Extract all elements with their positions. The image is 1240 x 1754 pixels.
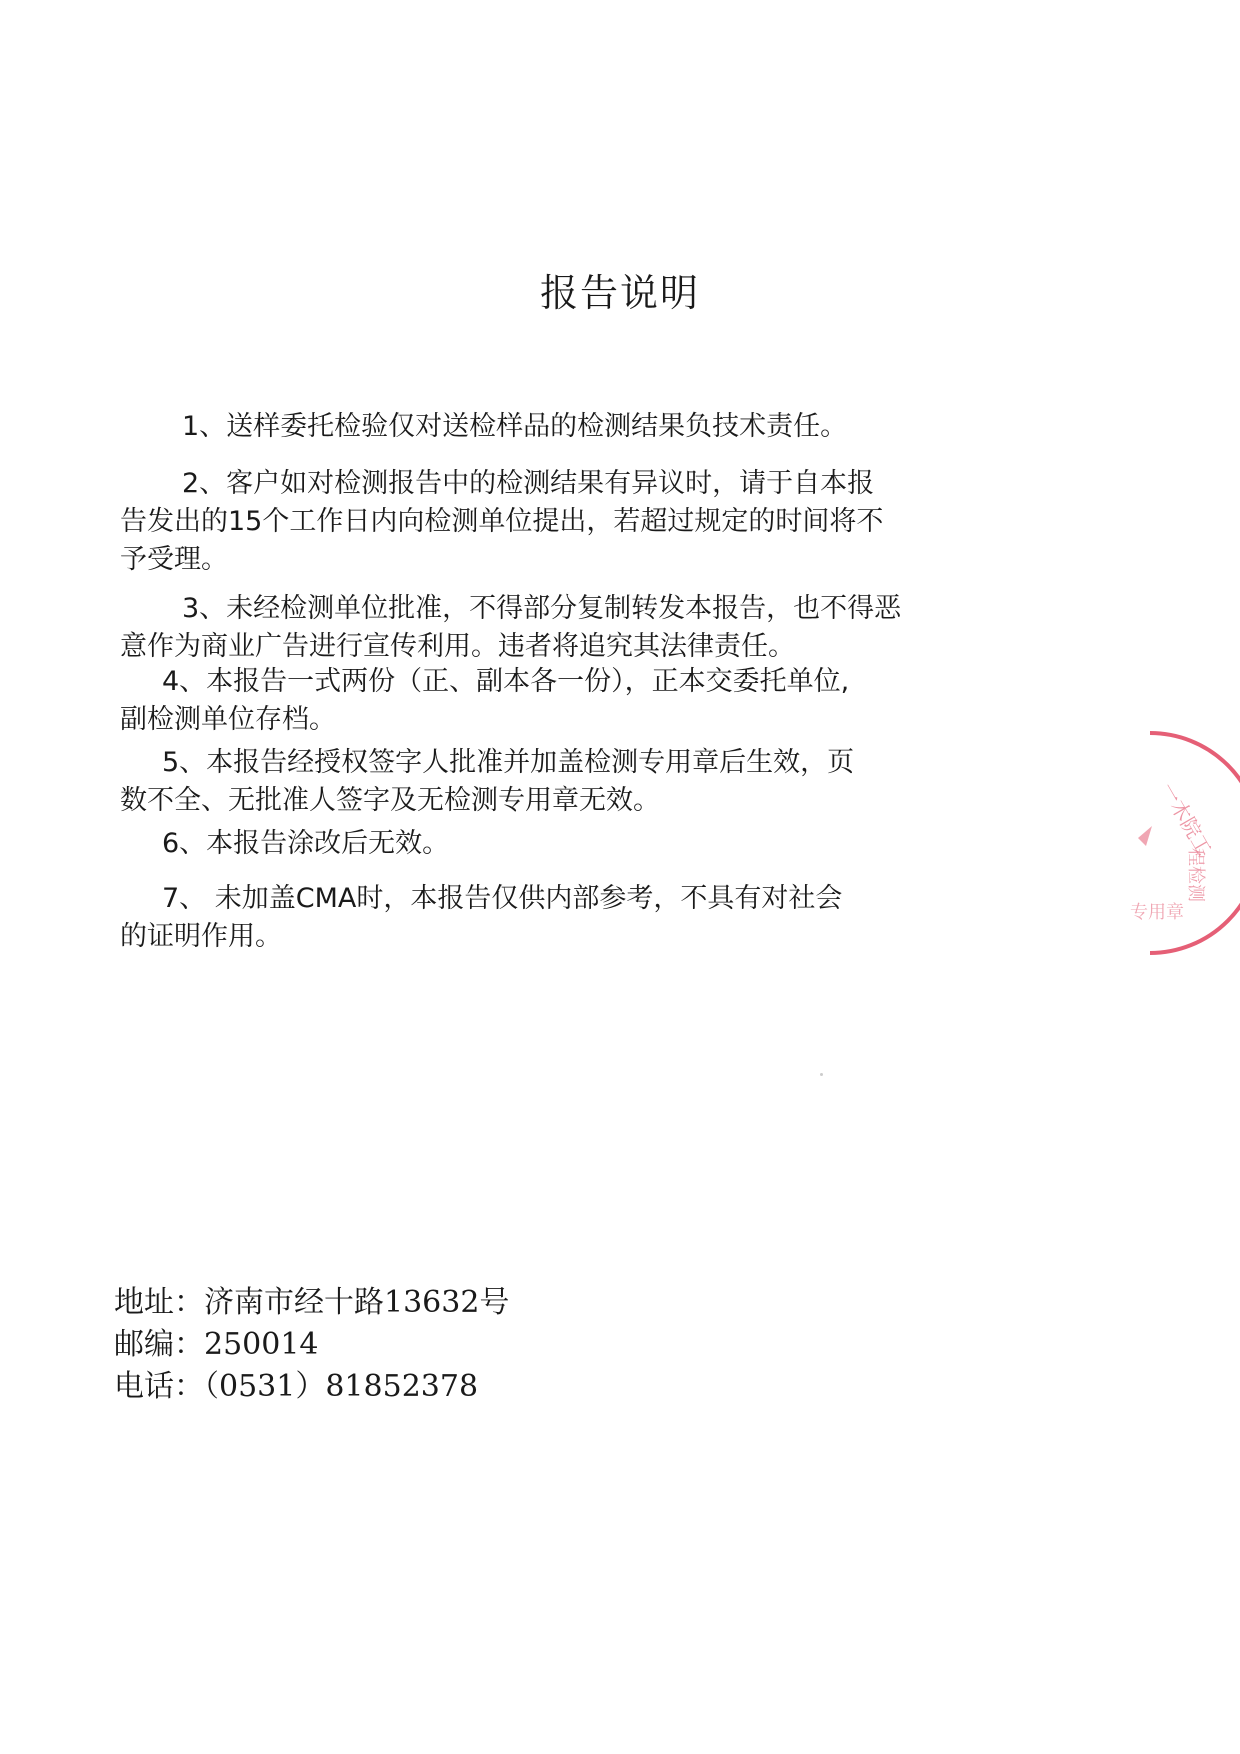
note-line: 副检测单位存档。 [120, 701, 849, 739]
note-line: 7、 未加盖CMA时，本报告仅供内部参考，不具有对社会 [120, 880, 842, 918]
note-line: 予受理。 [120, 541, 883, 579]
address-value: 济南市经十路13632号 [204, 1285, 509, 1320]
svg-text:专用章: 专用章 [1130, 902, 1184, 923]
note-line: 4、本报告一式两份（正、副本各一份），正本交委托单位, [120, 663, 849, 701]
note-line: 2、客户如对检测报告中的检测结果有异议时，请于自本报 [120, 465, 883, 503]
seal-stamp-icon: 一木院工 程检测 专用章 [1130, 728, 1240, 958]
postcode-row: 邮编：250014 [114, 1324, 509, 1366]
note-5: 5、本报告经授权签字人批准并加盖检测专用章后生效，页 数不全、无批准人签字及无检… [120, 744, 854, 820]
note-line: 的证明作用。 [120, 918, 842, 956]
phone-value: （0531）81852378 [204, 1369, 478, 1404]
note-2: 2、客户如对检测报告中的检测结果有异议时，请于自本报 告发出的15个工作日内向检… [120, 465, 883, 579]
postcode-value: 250014 [204, 1327, 319, 1362]
phone-row: 电话：（0531）81852378 [114, 1366, 509, 1408]
note-line: 6、本报告涂改后无效。 [120, 825, 449, 863]
phone-label: 电话： [114, 1369, 204, 1404]
note-line: 意作为商业广告进行宣传利用。违者将追究其法律责任。 [120, 628, 901, 666]
note-line: 1、送样委托检验仅对送检样品的检测结果负技术责任。 [120, 408, 847, 446]
note-3: 3、未经检测单位批准，不得部分复制转发本报告，也不得恶 意作为商业广告进行宣传利… [120, 590, 901, 666]
note-line: 5、本报告经授权签字人批准并加盖检测专用章后生效，页 [120, 744, 854, 782]
note-6: 6、本报告涂改后无效。 [120, 825, 449, 863]
note-1: 1、送样委托检验仅对送检样品的检测结果负技术责任。 [120, 408, 847, 446]
note-line: 3、未经检测单位批准，不得部分复制转发本报告，也不得恶 [120, 590, 901, 628]
postcode-label: 邮编： [114, 1327, 204, 1362]
address-label: 地址： [114, 1285, 204, 1320]
contact-block: 地址：济南市经十路13632号 邮编：250014 电话：（0531）81852… [114, 1282, 509, 1408]
note-7: 7、 未加盖CMA时，本报告仅供内部参考，不具有对社会 的证明作用。 [120, 880, 842, 956]
svg-text:程检测: 程检测 [1185, 848, 1206, 902]
scan-speck [820, 1073, 823, 1076]
note-line: 数不全、无批准人签字及无检测专用章无效。 [120, 782, 854, 820]
note-line: 告发出的15个工作日内向检测单位提出，若超过规定的时间将不 [120, 503, 883, 541]
address-row: 地址：济南市经十路13632号 [114, 1282, 509, 1324]
page-title: 报告说明 [0, 262, 1240, 317]
note-4: 4、本报告一式两份（正、副本各一份），正本交委托单位, 副检测单位存档。 [120, 663, 849, 739]
